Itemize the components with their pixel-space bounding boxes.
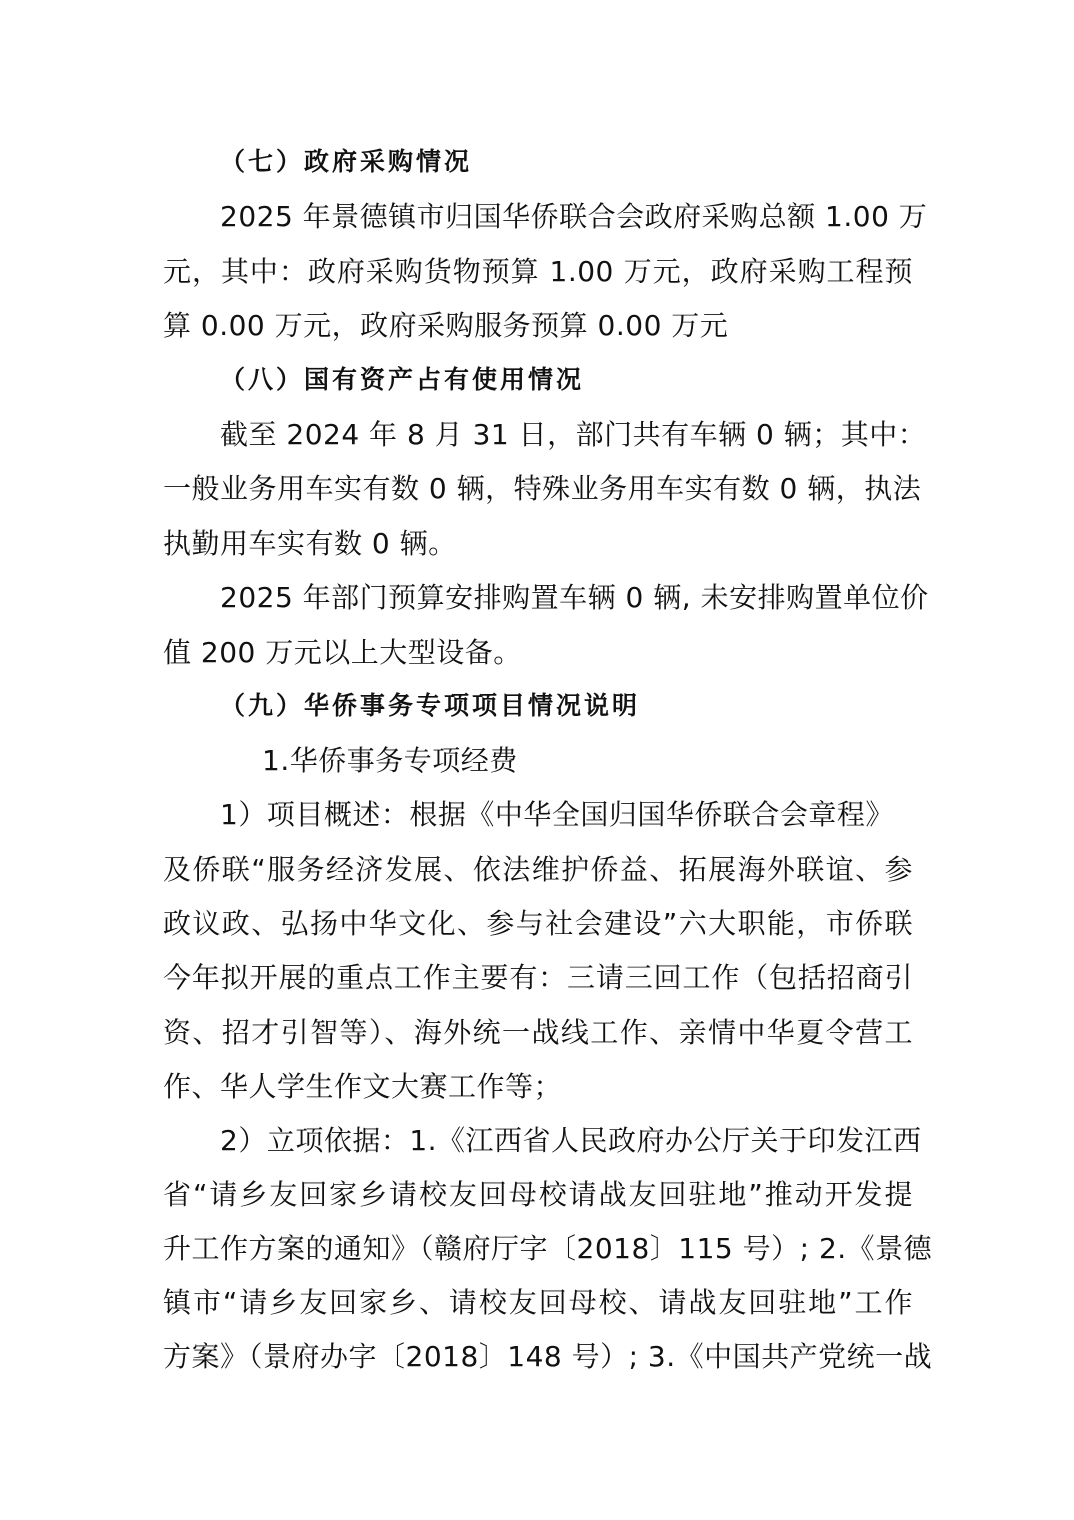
paragraph-line: 及侨联“服务经济发展、依法维护侨益、拓展海外联谊、参: [163, 850, 913, 890]
paragraph-line: 截至 2024 年 8 月 31 日，部门共有车辆 0 辆；其中：: [220, 415, 926, 455]
paragraph-line: 省“请乡友回家乡请校友回母校请战友回驻地”推动开发提: [163, 1175, 913, 1215]
paragraph-line: 执勤用车实有数 0 辆。: [163, 524, 457, 564]
section-heading-procurement: （七）政府采购情况: [220, 142, 472, 182]
paragraph-line: 一般业务用车实有数 0 辆，特殊业务用车实有数 0 辆，执法: [163, 469, 913, 509]
paragraph-line: 值 200 万元以上大型设备。: [163, 633, 522, 673]
paragraph-line: 2）立项依据：1.《江西省人民政府办公厅关于印发江西: [220, 1121, 922, 1161]
paragraph-line: 升工作方案的通知》（赣府厅字〔2018〕115 号）; 2.《景德: [163, 1229, 913, 1269]
section-heading-overseas-chinese-affairs: （九）华侨事务专项项目情况说明: [220, 686, 640, 726]
paragraph-line: 方案》（景府办字〔2018〕148 号）; 3.《中国共产党统一战: [163, 1337, 913, 1377]
paragraph-line: 政议政、弘扬中华文化、参与社会建设”六大职能，市侨联: [163, 904, 913, 944]
paragraph-line: 今年拟开展的重点工作主要有：三请三回工作（包括招商引: [163, 958, 913, 998]
paragraph-line: 镇市“请乡友回家乡、请校友回母校、请战友回驻地”工作: [163, 1283, 913, 1323]
section-heading-state-assets: （八）国有资产占有使用情况: [220, 360, 584, 400]
paragraph-line: 作、华人学生作文大赛工作等；: [163, 1067, 562, 1107]
paragraph-line: 2025 年景德镇市归国华侨联合会政府采购总额 1.00 万: [220, 197, 927, 237]
paragraph-line: 元，其中：政府采购货物预算 1.00 万元，政府采购工程预: [163, 252, 913, 292]
paragraph-line: 资、招才引智等）、海外统一战线工作、亲情中华夏令营工: [163, 1013, 913, 1053]
paragraph-line: 算 0.00 万元，政府采购服务预算 0.00 万元: [163, 306, 728, 346]
paragraph-line: 2025 年部门预算安排购置车辆 0 辆, 未安排购置单位价: [220, 578, 929, 618]
subsection-heading: 1.华侨事务专项经费: [262, 741, 518, 781]
paragraph-line: 1）项目概述：根据《中华全国归国华侨联合会章程》: [220, 795, 894, 835]
